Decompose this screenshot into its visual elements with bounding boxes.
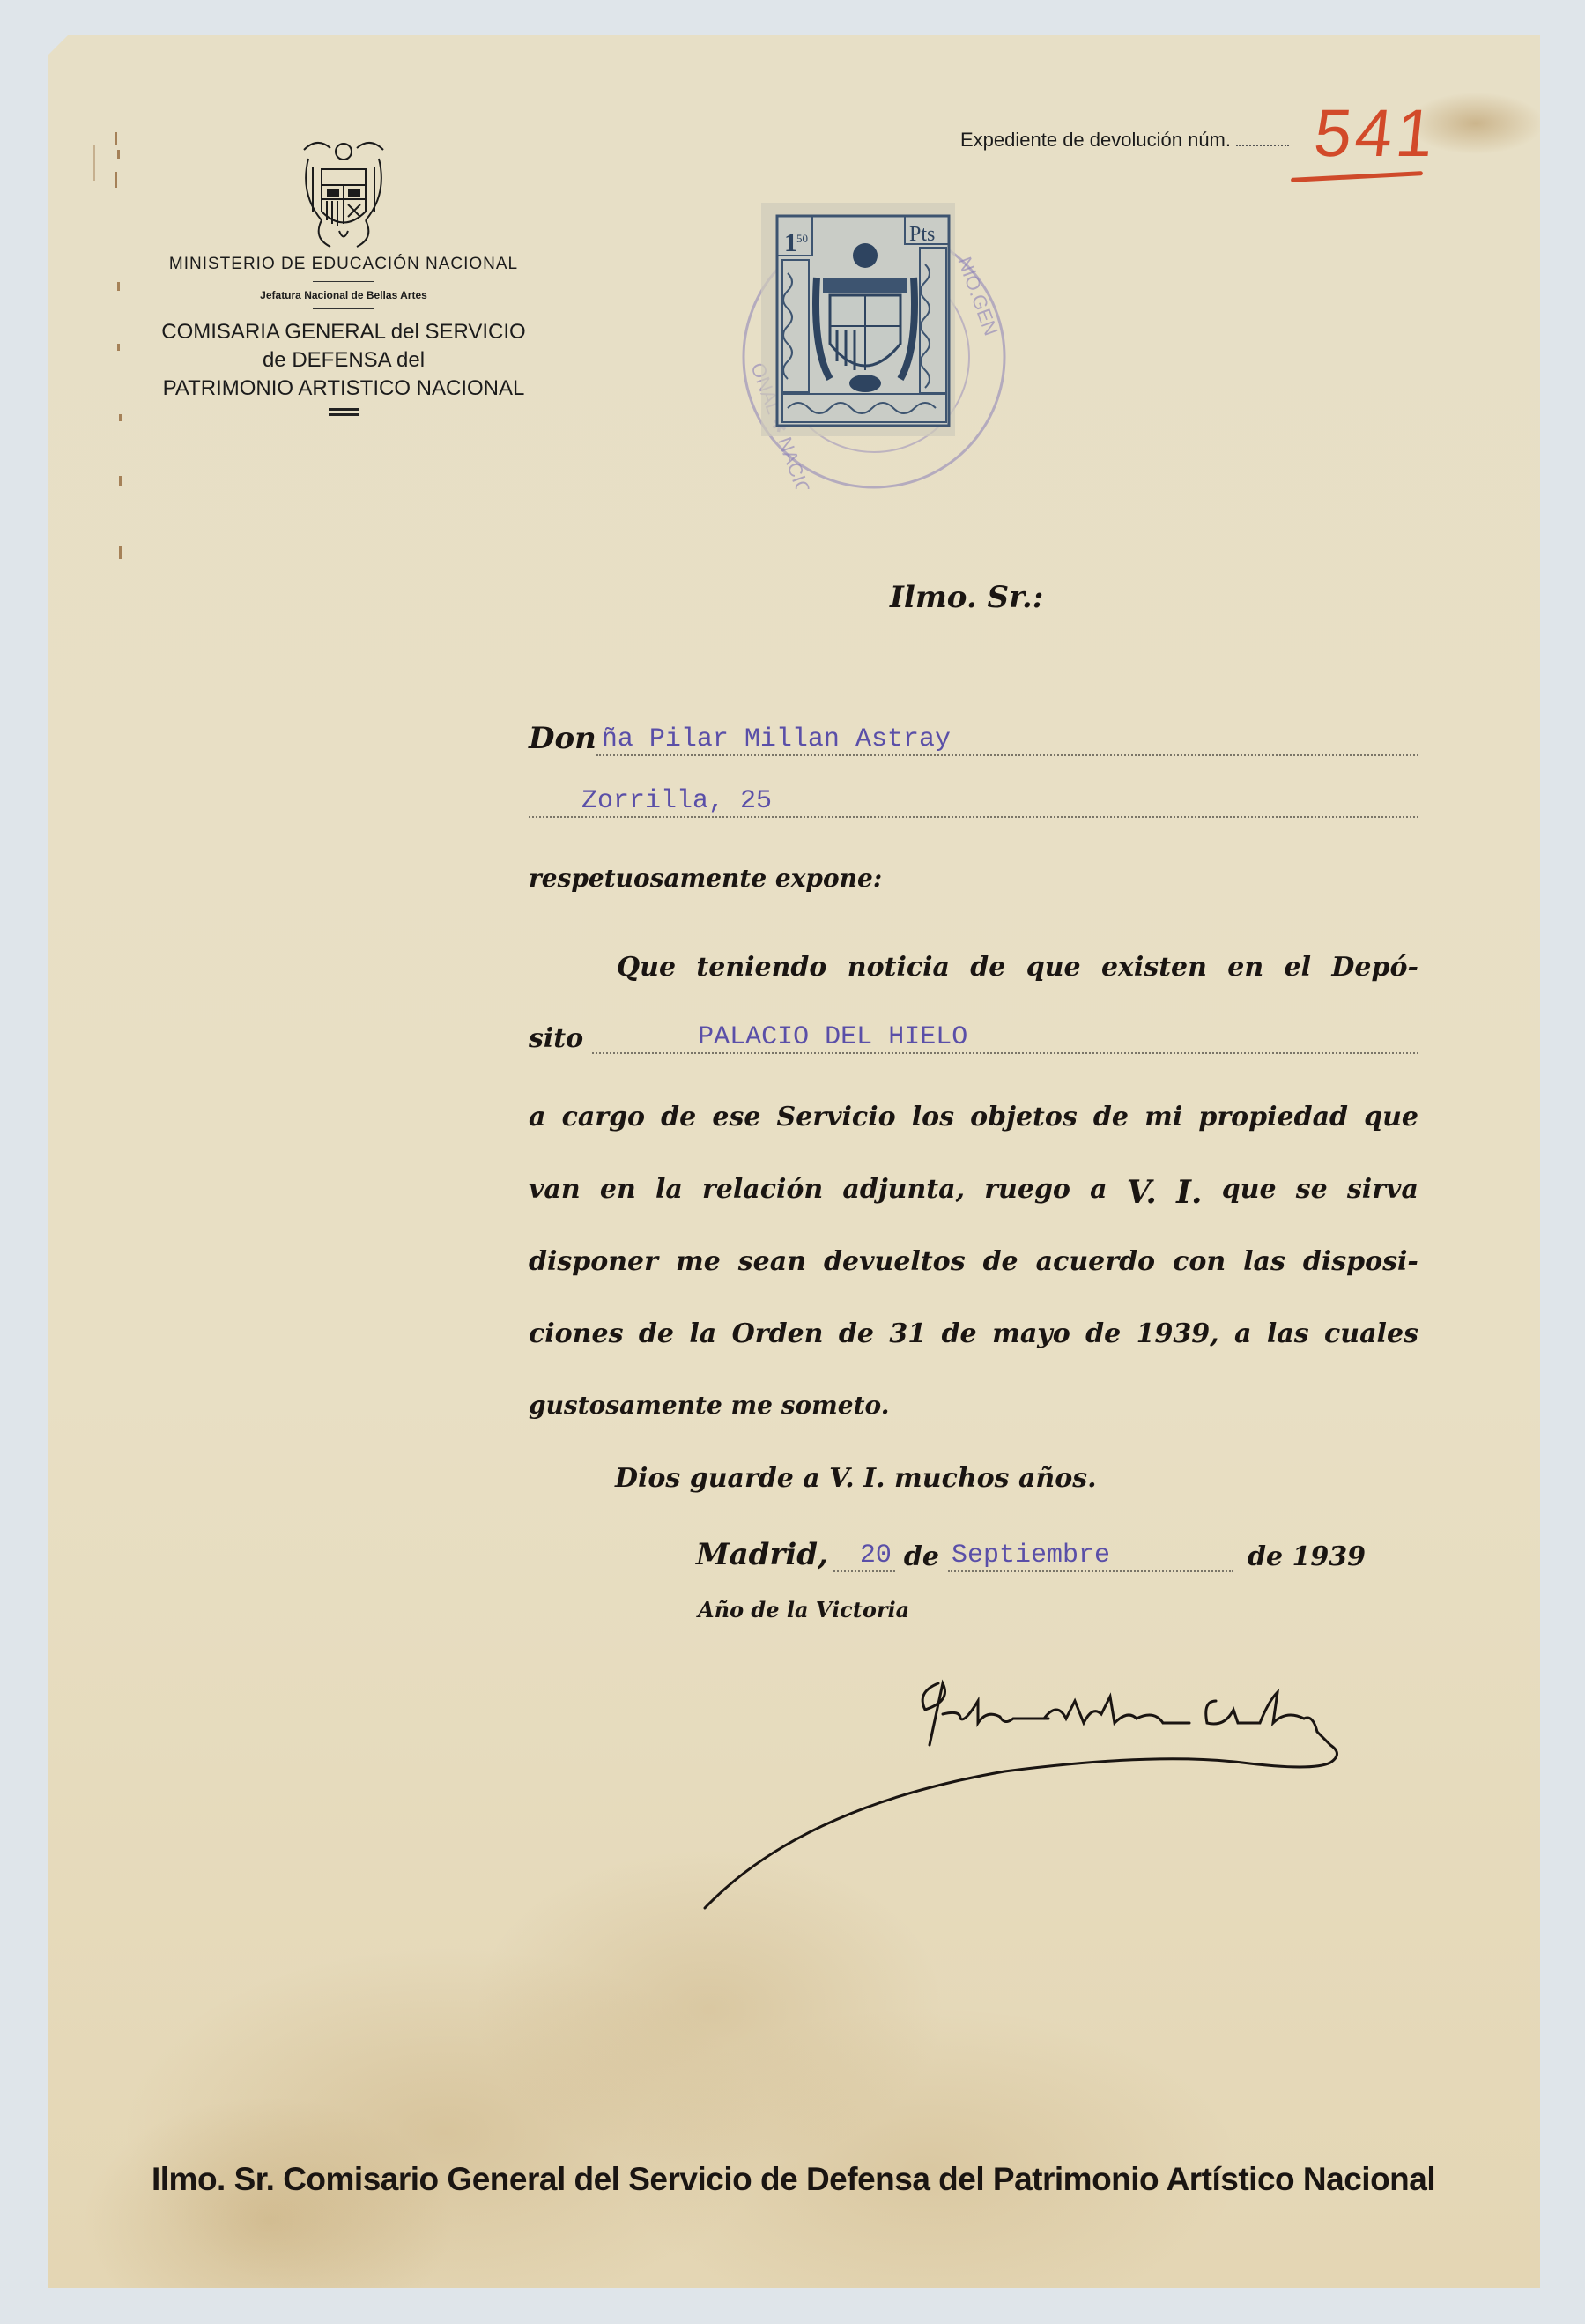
word: Orden [732, 1318, 824, 1349]
date-year: de 1939 [1248, 1541, 1366, 1572]
word: la [655, 1174, 683, 1211]
applicant-address-field: Zorrilla, 25 [529, 786, 1418, 818]
don-prefix: Don [529, 721, 596, 756]
word: a [1234, 1318, 1251, 1349]
word: relación [702, 1174, 823, 1211]
svg-text:NIO.GEN: NIO.GEN [953, 254, 1002, 338]
word: se [1296, 1174, 1328, 1211]
word: de [1093, 1102, 1129, 1132]
word: I. [1176, 1174, 1202, 1211]
word: el [1285, 952, 1311, 983]
body-line-4: van en la relación adjunta, ruego a V. I… [529, 1174, 1418, 1211]
date-de: de [904, 1541, 939, 1572]
applicant-address-row: Zorrilla, 25 [529, 786, 1418, 818]
footer-addressee: Ilmo. Sr. Comisario General del Servicio… [152, 2161, 1435, 2198]
word: 31 [889, 1318, 926, 1349]
applicant-name-field: ña Pilar Millan Astray [596, 724, 1418, 756]
word: de [1085, 1318, 1121, 1349]
word: devueltos [824, 1246, 966, 1277]
word: Servicio [777, 1102, 896, 1132]
word: sirva [1347, 1174, 1418, 1211]
word: en [600, 1174, 636, 1211]
margin-rust-marks [75, 97, 128, 590]
word: las [1243, 1246, 1285, 1277]
word: de [639, 1318, 674, 1349]
deposito-row: sito PALACIO DEL HIELO [529, 1022, 1418, 1054]
word: disposi- [1303, 1246, 1418, 1277]
body-line-5: disponer me sean devueltos de acuerdo co… [529, 1246, 1418, 1277]
word: acuerdo [1036, 1246, 1155, 1277]
date-day-field: 20 [833, 1541, 895, 1572]
expediente-label-text: Expediente de devolución núm. [960, 129, 1231, 151]
expone-label: respetuosamente expone: [529, 864, 882, 893]
body-line-6: ciones de la Orden de 31 de mayo de 1939… [529, 1318, 1418, 1349]
word: la [689, 1318, 716, 1349]
fiscal-stamp-icon: ONAL ✱ NACIO NIO.GEN 1 50 Pts [724, 189, 1006, 489]
word: los [912, 1102, 954, 1132]
word: V. [1127, 1174, 1157, 1211]
word: Que [617, 952, 676, 983]
date-row: Madrid, 20 de Septiembre de 1939 [696, 1537, 1366, 1572]
ministry-name: MINISTERIO DE EDUCACIÓN NACIONAL [141, 255, 546, 274]
word: de [839, 1318, 874, 1349]
salutation: Ilmo. Sr.: [890, 580, 1043, 615]
word: teniendo [696, 952, 826, 983]
word: van [529, 1174, 581, 1211]
double-rule [329, 408, 359, 416]
word: cuales [1324, 1318, 1418, 1349]
deposito-field: PALACIO DEL HIELO [592, 1022, 1418, 1054]
comisaria-line-1: COMISARIA GENERAL del SERVICIO [141, 316, 546, 348]
word: me [676, 1246, 721, 1277]
comisaria-line-3: PATRIMONIO ARTISTICO NACIONAL [141, 373, 546, 405]
word: noticia [848, 952, 950, 983]
svg-text:Pts: Pts [909, 223, 935, 246]
comisaria-line-2: de DEFENSA del [141, 345, 546, 376]
word: mi [1144, 1102, 1182, 1132]
word: que [1222, 1174, 1277, 1211]
word: de [970, 952, 1005, 983]
word: adjunta, [842, 1174, 965, 1211]
word: ese [712, 1102, 760, 1132]
word: Depó- [1331, 952, 1418, 983]
word: ciones [529, 1318, 623, 1349]
divider [313, 281, 374, 282]
word: con [1173, 1246, 1226, 1277]
word: existen [1101, 952, 1207, 983]
body-line-7: gustosamente me someto. [529, 1391, 889, 1420]
word: sean [738, 1246, 806, 1277]
applicant-name-row: Don ña Pilar Millan Astray [529, 721, 1418, 756]
word: que [1026, 952, 1081, 983]
handwritten-signature-icon [696, 1648, 1551, 1912]
expediente-dotted-field [1236, 145, 1289, 146]
deposito-label: sito [529, 1023, 583, 1054]
date-month-field: Septiembre [948, 1541, 1233, 1572]
word: 1939, [1137, 1318, 1219, 1349]
body-line-1: Que teniendo noticia de que existen en e… [617, 952, 1418, 983]
word: propiedad [1198, 1102, 1348, 1132]
word: a [1090, 1174, 1107, 1211]
word: de [661, 1102, 696, 1132]
spanish-eagle-coat-of-arms-icon [295, 132, 392, 251]
ano-de-la-victoria: Año de la Victoria [698, 1597, 909, 1622]
expediente-number: 541 [1310, 95, 1441, 172]
word: mayo [992, 1318, 1070, 1349]
svg-text:50: 50 [796, 232, 808, 245]
date-city: Madrid, [696, 1537, 828, 1572]
word: que [1364, 1102, 1418, 1132]
word: cargo [562, 1102, 646, 1132]
body-line-3: a cargo de ese Servicio los objetos de m… [529, 1102, 1418, 1132]
word: a [529, 1102, 545, 1132]
word: objetos [970, 1102, 1078, 1132]
word: las [1267, 1318, 1309, 1349]
word: en [1227, 952, 1263, 983]
word: de [942, 1318, 977, 1349]
divider [313, 308, 374, 309]
expediente-label: Expediente de devolución núm. [960, 129, 1289, 152]
word: ruego [984, 1174, 1070, 1211]
stamp-value: 1 [784, 228, 797, 257]
closing-dios: Dios guarde a V. I. muchos años. [615, 1463, 1097, 1494]
letterhead: MINISTERIO DE EDUCACIÓN NACIONAL Jefatur… [141, 132, 546, 416]
jefatura-name: Jefatura Nacional de Bellas Artes [141, 289, 546, 301]
word: de [983, 1246, 1018, 1277]
word: disponer [529, 1246, 658, 1277]
